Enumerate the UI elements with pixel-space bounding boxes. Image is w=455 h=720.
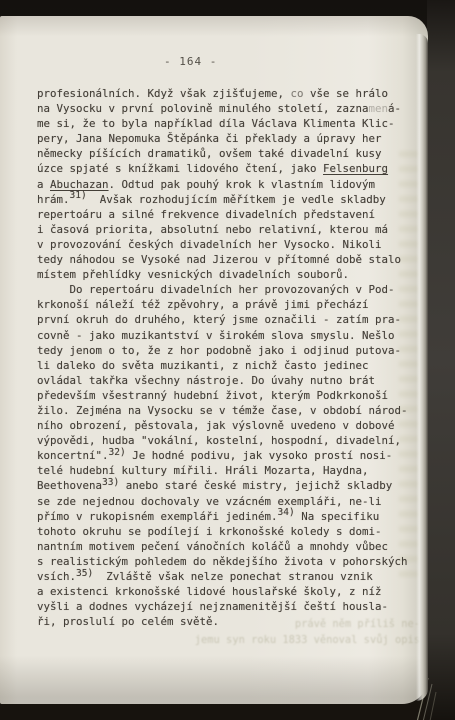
text-line: repertoáru a silné frekvence divadelních… <box>37 207 408 222</box>
bleedthrough-text: právě něm příliš ne-jemu syn roku 1833 v… <box>170 617 420 648</box>
text-line: tedy náhodou se Vysoké nad Jizerou v pří… <box>37 252 408 267</box>
text-line: především všestranný hudební život, kter… <box>37 388 408 403</box>
text-line: v provozování českých divadelních her Vy… <box>37 237 408 252</box>
text-line: Do repertoáru divadelních her provozovan… <box>37 282 408 297</box>
text-line: covně - jako muzikantství v širokém slov… <box>37 328 408 343</box>
text-line: telé hudební kultury mířili. Hráli Mozar… <box>37 463 408 478</box>
text-line: a Abuchazan. Odtud pak pouhý krok k vlas… <box>37 177 408 192</box>
text-line: německy píšících dramatiků, ovšem také d… <box>37 146 408 161</box>
text-line: ního obrození, pěstovala, jak výslovně u… <box>37 418 408 433</box>
text-line: přímo v rukopisném exempláři jediném.34)… <box>37 509 408 524</box>
text-line: hrám.31) Avšak rozhodujícím měřítkem je … <box>37 192 408 207</box>
text-line: se zde nejednou dochovaly ve vzácném exe… <box>37 494 408 509</box>
text-line: vyšli a dodnes vycházejí nejznamenitější… <box>37 599 408 614</box>
scanned-book-page: - 164 - profesionálních. Když však zjišť… <box>0 0 455 720</box>
text-line: místem přehlídky vesnických divadelních … <box>37 267 408 282</box>
text-line: pery, Jana Nepomuka Štěpánka či překlady… <box>37 131 408 146</box>
text-line: výpovědi, hudba "vokální, kostelní, hosp… <box>37 433 408 448</box>
text-line: Beethovena33) anebo staré české mistry, … <box>37 478 408 493</box>
scan-background-right <box>427 0 455 720</box>
text-line: profesionálních. Když však zjišťujeme, c… <box>37 86 408 101</box>
bleedthrough-line: jemu syn roku 1833 věnoval svůj opis <box>170 633 420 649</box>
text-line: tohoto okruhu se podílejí i krkonošské k… <box>37 524 408 539</box>
text-line: nantním motivem pečení vánočních koláčů … <box>37 539 408 554</box>
text-line: žilo. Zejména na Vysocku se v témže čase… <box>37 403 408 418</box>
text-line: vsích.35) Zvláště však nelze ponechat st… <box>37 569 408 584</box>
text-line: tedy jenom o to, že z hor podobně jako i… <box>37 343 408 358</box>
text-line: úzce spjaté s knížkami lidového čtení, j… <box>37 161 408 176</box>
text-line: li daleko do světa muzikanti, z nichž ča… <box>37 358 408 373</box>
text-line: i časová priorita, absolutní nebo relati… <box>37 222 408 237</box>
page-fore-edge <box>416 34 428 701</box>
text-line: krkonoší náleží též zpěvohry, a právě ji… <box>37 297 408 312</box>
text-line: koncertní".32) Je hodné podivu, jak vyso… <box>37 448 408 463</box>
text-line: první okruh do druhého, který jsme označ… <box>37 312 408 327</box>
body-text: profesionálních. Když však zjišťujeme, c… <box>37 86 408 629</box>
text-line: s realistickým pohledem do někdejšího ži… <box>37 554 408 569</box>
page-number: - 164 - <box>164 55 217 68</box>
text-line: ovládal takřka všechny nástroje. Do úvah… <box>37 373 408 388</box>
text-line: a existenci krkonošské lidové houslařské… <box>37 584 408 599</box>
text-line: na Vysocku v první polovině minulého sto… <box>37 101 408 116</box>
bleedthrough-line: právě něm příliš ne- <box>170 617 420 633</box>
text-line: me si, že to byla například díla Václava… <box>37 116 408 131</box>
page: - 164 - profesionálních. Když však zjišť… <box>0 16 428 704</box>
